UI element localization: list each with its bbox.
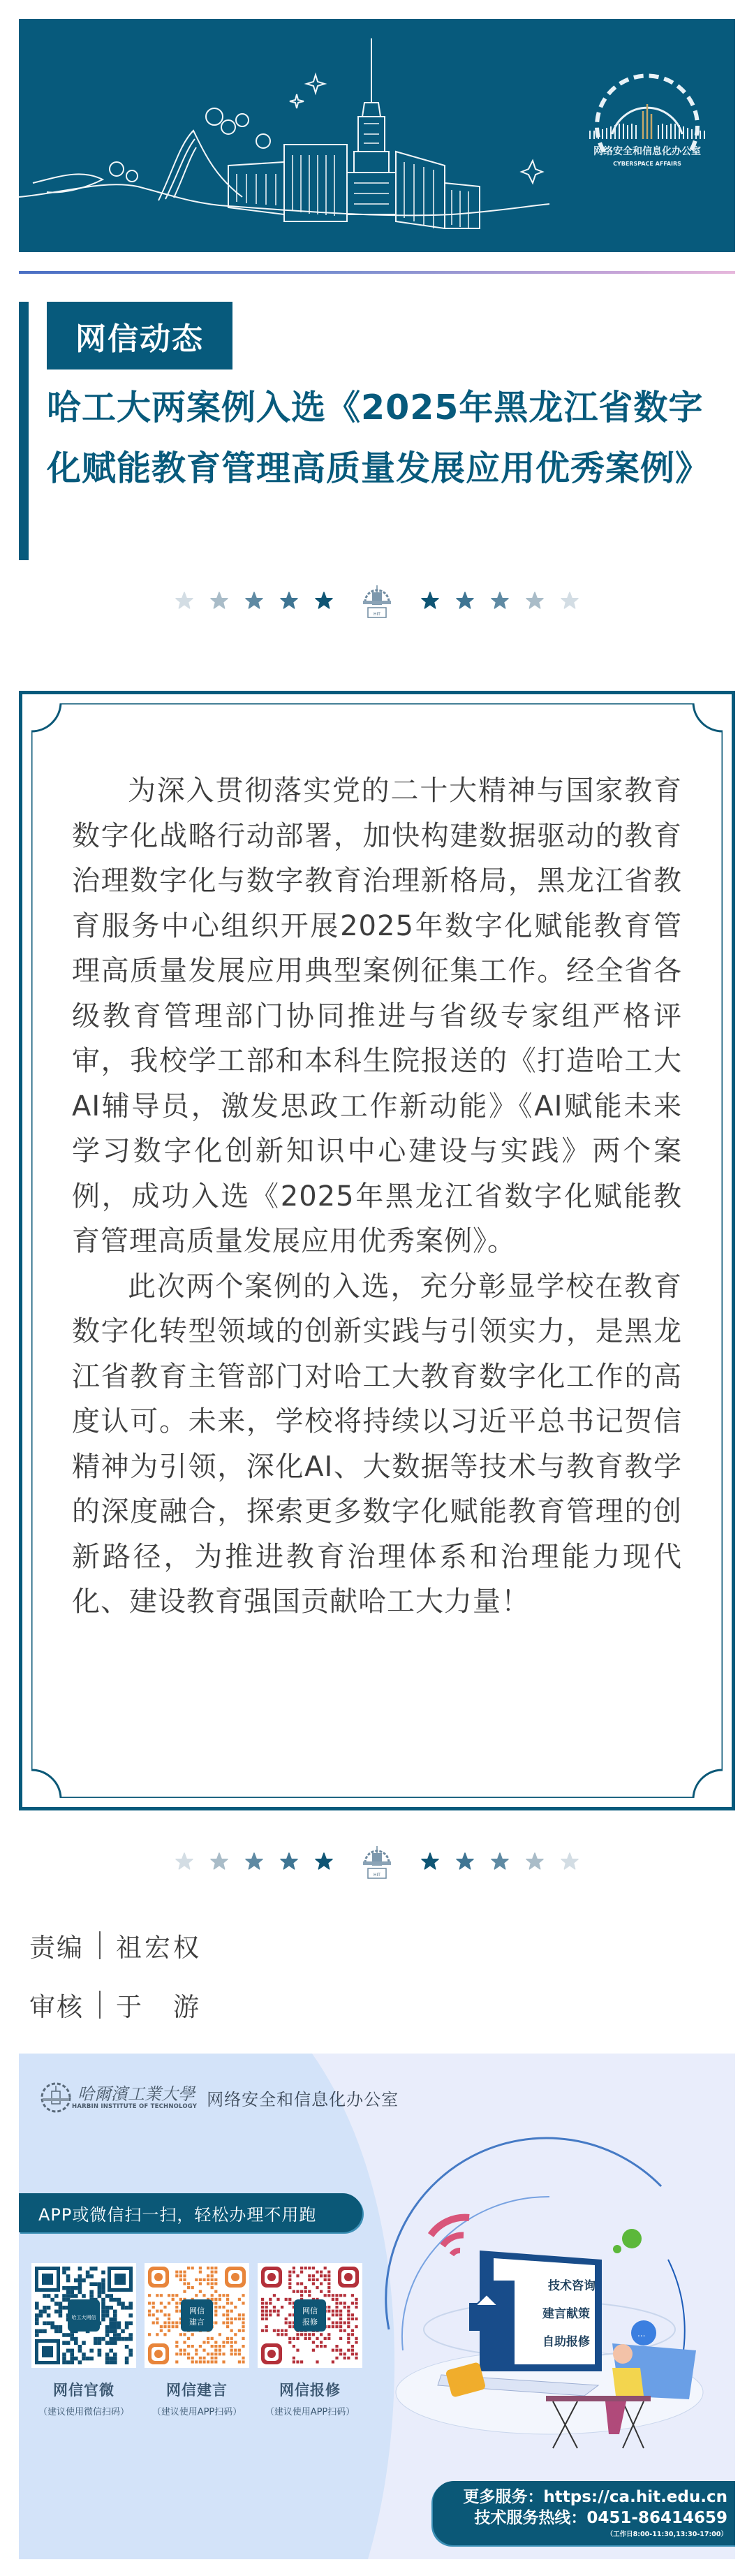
credit-editor: 责编 祖宏权 bbox=[29, 1928, 202, 1963]
star-icon bbox=[421, 1852, 439, 1871]
star-icon bbox=[245, 1852, 263, 1871]
star-separator-top: HIT bbox=[0, 580, 754, 622]
star-icon bbox=[561, 1852, 579, 1871]
star-icon bbox=[491, 1852, 509, 1871]
star-icon bbox=[175, 592, 193, 610]
qr-code-repair[interactable]: 网信报修 bbox=[258, 2263, 362, 2368]
star-icon bbox=[175, 1852, 193, 1871]
university-name-cn: 哈爾濱工業大學 bbox=[77, 2085, 197, 2103]
service-illustration: 技术咨询 建言献策 自助报修 ... bbox=[375, 2120, 724, 2476]
university-name-en: HARBIN INSTITUTE OF TECHNOLOGY bbox=[72, 2103, 197, 2110]
article-paragraph: 为深入贯彻落实党的二十大精神与国家教育数字化战略行动部署，加快构建数据驱动的教育… bbox=[72, 768, 682, 1264]
credit-value: 祖宏权 bbox=[116, 1926, 202, 1964]
hit-emblem-icon: HIT bbox=[361, 581, 393, 620]
credit-label: 审核 bbox=[29, 1986, 84, 2024]
gradient-divider bbox=[19, 271, 735, 274]
qr-note: （建议使用APP扫码） bbox=[258, 2404, 362, 2417]
star-icon bbox=[456, 1852, 474, 1871]
star-icon bbox=[210, 1852, 228, 1871]
credit-separator bbox=[99, 1991, 101, 2019]
star-icon bbox=[421, 592, 439, 610]
credit-separator bbox=[99, 1931, 101, 1959]
hit-emblem-icon: HIT bbox=[361, 1842, 393, 1881]
svg-text:自助报修: 自助报修 bbox=[542, 2334, 590, 2349]
svg-text:哈工大网信: 哈工大网信 bbox=[72, 2314, 96, 2320]
contact-info-box: 更多服务：https://ca.hit.edu.cn 技术服务热线：0451-8… bbox=[433, 2481, 735, 2545]
svg-text:网信: 网信 bbox=[189, 2306, 205, 2315]
scan-slogan: APP或微信扫一扫，轻松办理不用跑 bbox=[19, 2193, 362, 2232]
section-tag: 网信动态 bbox=[47, 302, 232, 369]
svg-text:报修: 报修 bbox=[302, 2317, 318, 2327]
title-accent-bar bbox=[19, 302, 29, 560]
svg-text:建言: 建言 bbox=[189, 2317, 205, 2327]
credit-reviewer: 审核 于 游 bbox=[29, 1987, 202, 2022]
star-icon bbox=[526, 1852, 544, 1871]
star-icon bbox=[491, 592, 509, 610]
article-body: 为深入贯彻落实党的二十大精神与国家教育数字化战略行动部署，加快构建数据驱动的教育… bbox=[72, 768, 682, 1625]
qr-code-suggestion[interactable]: 网信建言 bbox=[145, 2263, 249, 2368]
star-separator-bottom: HIT bbox=[0, 1840, 754, 1882]
header-banner: 网络安全和信息化办公室 CYBERSPACE AFFAIRS bbox=[19, 19, 735, 252]
star-icon bbox=[210, 592, 228, 610]
qr-card-official-wechat[interactable]: 哈工大网信 网信官微 （建议使用微信扫码） bbox=[31, 2263, 136, 2417]
footer-service-banner: 哈爾濱工業大學 HARBIN INSTITUTE OF TECHNOLOGY 网… bbox=[19, 2054, 735, 2559]
credits: 责编 祖宏权 审核 于 游 bbox=[29, 1928, 202, 2047]
qr-label: 网信建言 bbox=[145, 2379, 249, 2400]
svg-text:网信: 网信 bbox=[302, 2306, 318, 2315]
credit-value: 于 游 bbox=[116, 1986, 202, 2024]
qr-code-list: 哈工大网信 网信官微 （建议使用微信扫码） 网信建言 网信建言 （建议使用APP… bbox=[31, 2263, 362, 2417]
cyberspace-affairs-logo: 网络安全和信息化办公室 CYBERSPACE AFFAIRS bbox=[590, 75, 704, 167]
svg-text:...: ... bbox=[637, 2329, 645, 2339]
star-icon bbox=[315, 1852, 333, 1871]
svg-text:CYBERSPACE AFFAIRS: CYBERSPACE AFFAIRS bbox=[613, 161, 681, 167]
star-icon bbox=[245, 592, 263, 610]
qr-code-official-wechat[interactable]: 哈工大网信 bbox=[31, 2263, 136, 2368]
svg-text:HIT: HIT bbox=[374, 1873, 380, 1878]
qr-note: （建议使用微信扫码） bbox=[31, 2404, 136, 2417]
qr-label: 网信官微 bbox=[31, 2379, 136, 2400]
star-icon bbox=[315, 592, 333, 610]
star-icon bbox=[561, 592, 579, 610]
office-name: 网络安全和信息化办公室 bbox=[207, 2086, 399, 2110]
footer-org-header: 哈爾濱工業大學 HARBIN INSTITUTE OF TECHNOLOGY 网… bbox=[40, 2081, 399, 2114]
qr-note: （建议使用APP扫码） bbox=[145, 2404, 249, 2417]
campus-building-illustration: 网络安全和信息化办公室 CYBERSPACE AFFAIRS bbox=[19, 19, 735, 252]
svg-text:技术咨询: 技术咨询 bbox=[547, 2278, 596, 2293]
hotline: 技术服务热线：0451-86414659 bbox=[433, 2508, 727, 2529]
more-services-link[interactable]: 更多服务：https://ca.hit.edu.cn bbox=[433, 2487, 727, 2508]
star-icon bbox=[456, 592, 474, 610]
svg-text:建言献策: 建言献策 bbox=[542, 2306, 590, 2321]
qr-label: 网信报修 bbox=[258, 2379, 362, 2400]
qr-card-suggestion[interactable]: 网信建言 网信建言 （建议使用APP扫码） bbox=[145, 2263, 249, 2417]
article-paragraph: 此次两个案例的入选，充分彰显学校在教育数字化转型领域的创新实践与引领实力，是黑龙… bbox=[72, 1264, 682, 1625]
star-icon bbox=[280, 592, 298, 610]
star-icon bbox=[280, 1852, 298, 1871]
svg-text:网络安全和信息化办公室: 网络安全和信息化办公室 bbox=[593, 145, 701, 157]
article-title: 哈工大两案例入选《2025年黑龙江省数字化赋能教育管理高质量发展应用优秀案例》 bbox=[47, 377, 738, 499]
credit-label: 责编 bbox=[29, 1926, 84, 1964]
qr-card-repair[interactable]: 网信报修 网信报修 （建议使用APP扫码） bbox=[258, 2263, 362, 2417]
hit-emblem-icon bbox=[40, 2081, 72, 2114]
star-icon bbox=[526, 592, 544, 610]
svg-text:HIT: HIT bbox=[374, 612, 380, 617]
service-hours: （工作日8:00-11:30,13:30-17:00） bbox=[433, 2529, 727, 2541]
